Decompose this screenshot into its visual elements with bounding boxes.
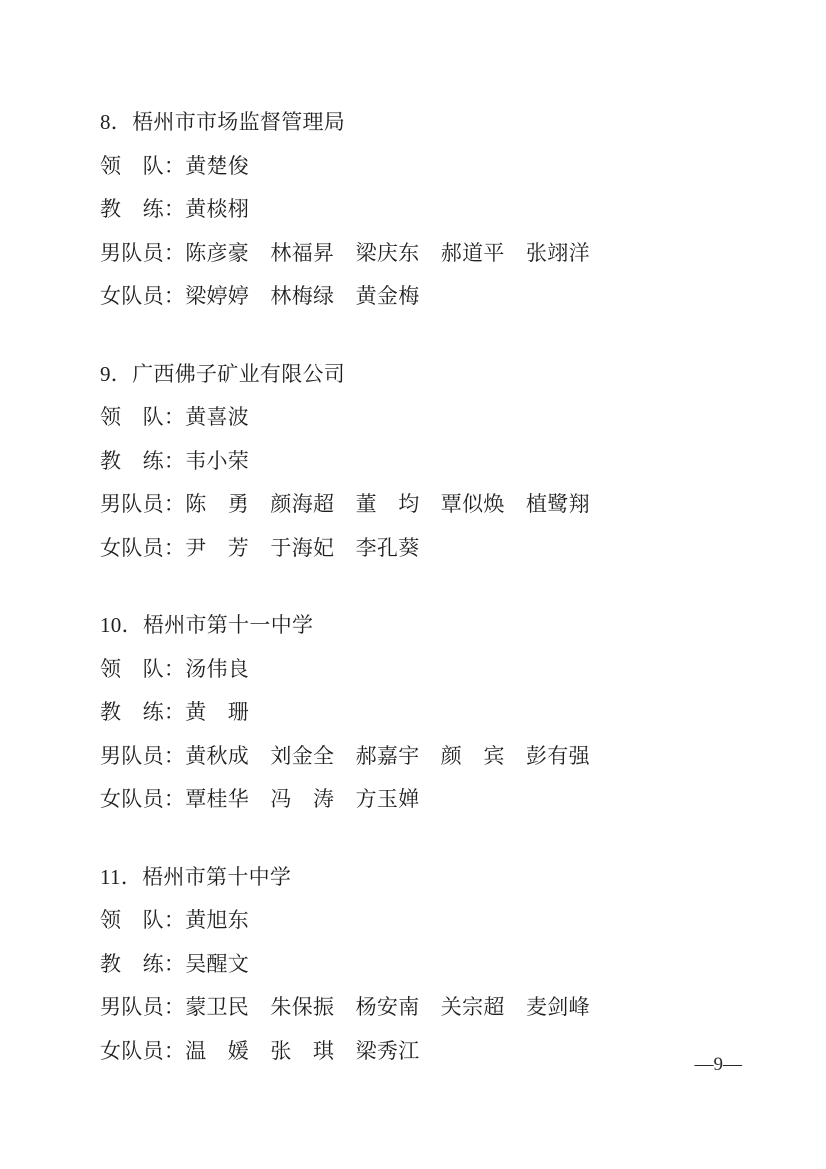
- document-content: 8．梧州市市场监督管理局 领 队：黄楚俊 教 练：黄棪栩 男队员：陈彦豪 林福昇…: [0, 0, 826, 1073]
- coach-line: 教 练：黄棪栩: [100, 188, 746, 232]
- coach-label: 教 练：: [100, 952, 185, 976]
- leader-name: 黄旭东: [185, 908, 249, 932]
- team-section-10: 10．梧州市第十一中学 领 队：汤伟良 教 练：黄 珊 男队员：黄秋成 刘金全 …: [100, 604, 746, 822]
- male-members-names: 陈 勇 颜海超 董 均 覃似焕 植鹭翔: [185, 492, 590, 516]
- coach-label: 教 练：: [100, 197, 185, 221]
- leader-label: 领 队：: [100, 154, 185, 178]
- coach-line: 教 练：黄 珊: [100, 691, 746, 735]
- coach-label: 教 练：: [100, 449, 185, 473]
- coach-label: 教 练：: [100, 700, 185, 724]
- female-members-names: 梁婷婷 林梅绿 黄金梅: [185, 284, 419, 308]
- team-title: 11．梧州市第十中学: [100, 856, 746, 900]
- male-members-line: 男队员：蒙卫民 朱保振 杨安南 关宗超 麦剑峰: [100, 986, 746, 1030]
- leader-line: 领 队：黄旭东: [100, 899, 746, 943]
- male-members-names: 陈彦豪 林福昇 梁庆东 郝道平 张翊洋: [185, 241, 590, 265]
- leader-line: 领 队：黄喜波: [100, 396, 746, 440]
- document-page: 8．梧州市市场监督管理局 领 队：黄楚俊 教 练：黄棪栩 男队员：陈彦豪 林福昇…: [0, 0, 826, 1169]
- male-members-names: 蒙卫民 朱保振 杨安南 关宗超 麦剑峰: [185, 995, 590, 1019]
- male-members-line: 男队员：陈 勇 颜海超 董 均 覃似焕 植鹭翔: [100, 483, 746, 527]
- female-members-label: 女队员：: [100, 1039, 185, 1063]
- team-section-8: 8．梧州市市场监督管理局 领 队：黄楚俊 教 练：黄棪栩 男队员：陈彦豪 林福昇…: [100, 101, 746, 319]
- leader-name: 黄喜波: [185, 405, 249, 429]
- leader-line: 领 队：汤伟良: [100, 648, 746, 692]
- leader-label: 领 队：: [100, 657, 185, 681]
- female-members-label: 女队员：: [100, 284, 185, 308]
- coach-line: 教 练：吴醒文: [100, 943, 746, 987]
- female-members-names: 温 媛 张 琪 梁秀江: [185, 1039, 419, 1063]
- leader-label: 领 队：: [100, 908, 185, 932]
- leader-name: 黄楚俊: [185, 154, 249, 178]
- coach-name: 吴醒文: [185, 952, 249, 976]
- female-members-names: 覃桂华 冯 涛 方玉婵: [185, 787, 419, 811]
- team-title: 9．广西佛子矿业有限公司: [100, 353, 746, 397]
- female-members-label: 女队员：: [100, 787, 185, 811]
- female-members-line: 女队员：梁婷婷 林梅绿 黄金梅: [100, 275, 746, 319]
- female-members-label: 女队员：: [100, 536, 185, 560]
- male-members-label: 男队员：: [100, 492, 185, 516]
- male-members-line: 男队员：黄秋成 刘金全 郝嘉宇 颜 宾 彭有强: [100, 735, 746, 779]
- male-members-line: 男队员：陈彦豪 林福昇 梁庆东 郝道平 张翊洋: [100, 232, 746, 276]
- female-members-line: 女队员：尹 芳 于海妃 李孔葵: [100, 527, 746, 571]
- team-section-11: 11．梧州市第十中学 领 队：黄旭东 教 练：吴醒文 男队员：蒙卫民 朱保振 杨…: [100, 856, 746, 1074]
- female-members-line: 女队员：温 媛 张 琪 梁秀江: [100, 1030, 746, 1074]
- team-title: 8．梧州市市场监督管理局: [100, 101, 746, 145]
- male-members-label: 男队员：: [100, 744, 185, 768]
- leader-line: 领 队：黄楚俊: [100, 145, 746, 189]
- leader-label: 领 队：: [100, 405, 185, 429]
- female-members-names: 尹 芳 于海妃 李孔葵: [185, 536, 419, 560]
- team-title: 10．梧州市第十一中学: [100, 604, 746, 648]
- male-members-names: 黄秋成 刘金全 郝嘉宇 颜 宾 彭有强: [185, 744, 590, 768]
- coach-name: 黄 珊: [185, 700, 249, 724]
- coach-line: 教 练：韦小荣: [100, 440, 746, 484]
- leader-name: 汤伟良: [185, 657, 249, 681]
- female-members-line: 女队员：覃桂华 冯 涛 方玉婵: [100, 778, 746, 822]
- coach-name: 黄棪栩: [185, 197, 249, 221]
- page-number: —9—: [695, 1053, 743, 1077]
- male-members-label: 男队员：: [100, 241, 185, 265]
- male-members-label: 男队员：: [100, 995, 185, 1019]
- team-section-9: 9．广西佛子矿业有限公司 领 队：黄喜波 教 练：韦小荣 男队员：陈 勇 颜海超…: [100, 353, 746, 571]
- coach-name: 韦小荣: [185, 449, 249, 473]
